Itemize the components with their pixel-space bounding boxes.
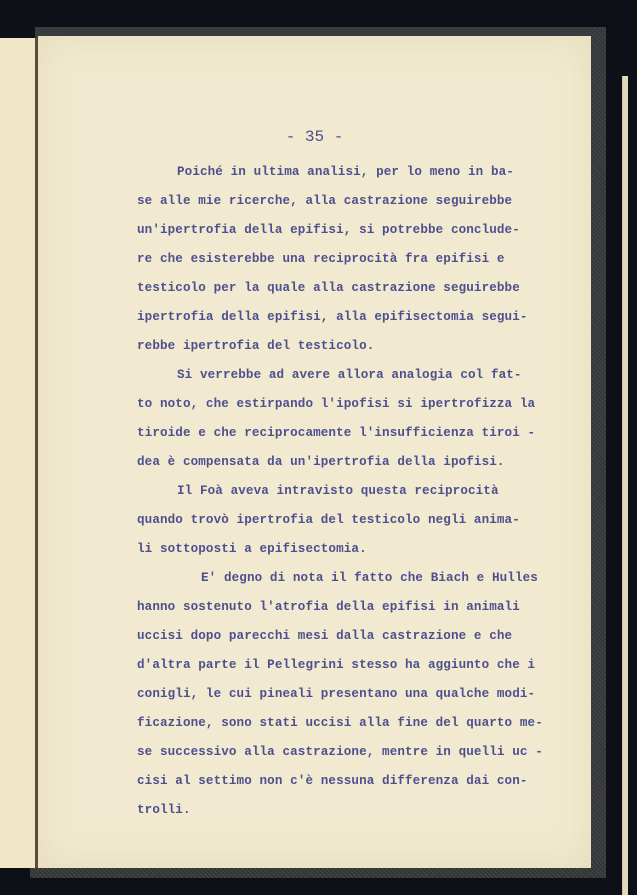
document-page: - 35 - Poiché in ultima analisi, per lo … [38, 36, 591, 868]
page-stack-edge [622, 76, 628, 895]
text-line: to noto, che estirpando l'ipofisi si ipe… [137, 390, 557, 419]
text-line: uccisi dopo parecchi mesi dalla castrazi… [137, 622, 557, 651]
page-number: - 35 - [38, 128, 591, 146]
text-line: dea è compensata da un'ipertrofia della … [137, 448, 557, 477]
book-cover-right-edge [590, 27, 606, 877]
text-line: se successivo alla castrazione, mentre i… [137, 738, 557, 767]
text-line: ficazione, sono stati uccisi alla fine d… [137, 709, 557, 738]
text-line: un'ipertrofia della epifisi, si potrebbe… [137, 216, 557, 245]
text-line: hanno sostenuto l'atrofia della epifisi … [137, 593, 557, 622]
text-line: E' degno di nota il fatto che Biach e Hu… [137, 564, 557, 593]
text-line: d'altra parte il Pellegrini stesso ha ag… [137, 651, 557, 680]
text-line: testicolo per la quale alla castrazione … [137, 274, 557, 303]
text-line: Il Foà aveva intravisto questa reciproci… [137, 477, 557, 506]
text-line: conigli, le cui pineali presentano una q… [137, 680, 557, 709]
text-line: li sottoposti a epifisectomia. [137, 535, 557, 564]
text-line: Si verrebbe ad avere allora analogia col… [137, 361, 557, 390]
text-line: ipertrofia della epifisi, alla epifisect… [137, 303, 557, 332]
text-line: tiroide e che reciprocamente l'insuffici… [137, 419, 557, 448]
text-line: quando trovò ipertrofia del testicolo ne… [137, 506, 557, 535]
text-line: rebbe ipertrofia del testicolo. [137, 332, 557, 361]
text-line: se alle mie ricerche, alla castrazione s… [137, 187, 557, 216]
typewritten-body: Poiché in ultima analisi, per lo meno in… [137, 158, 557, 825]
text-line: cisi al settimo non c'è nessuna differen… [137, 767, 557, 796]
text-line: re che esisterebbe una reciprocità fra e… [137, 245, 557, 274]
left-facing-page [0, 38, 40, 868]
text-line: Poiché in ultima analisi, per lo meno in… [137, 158, 557, 187]
text-line: trolli. [137, 796, 557, 825]
